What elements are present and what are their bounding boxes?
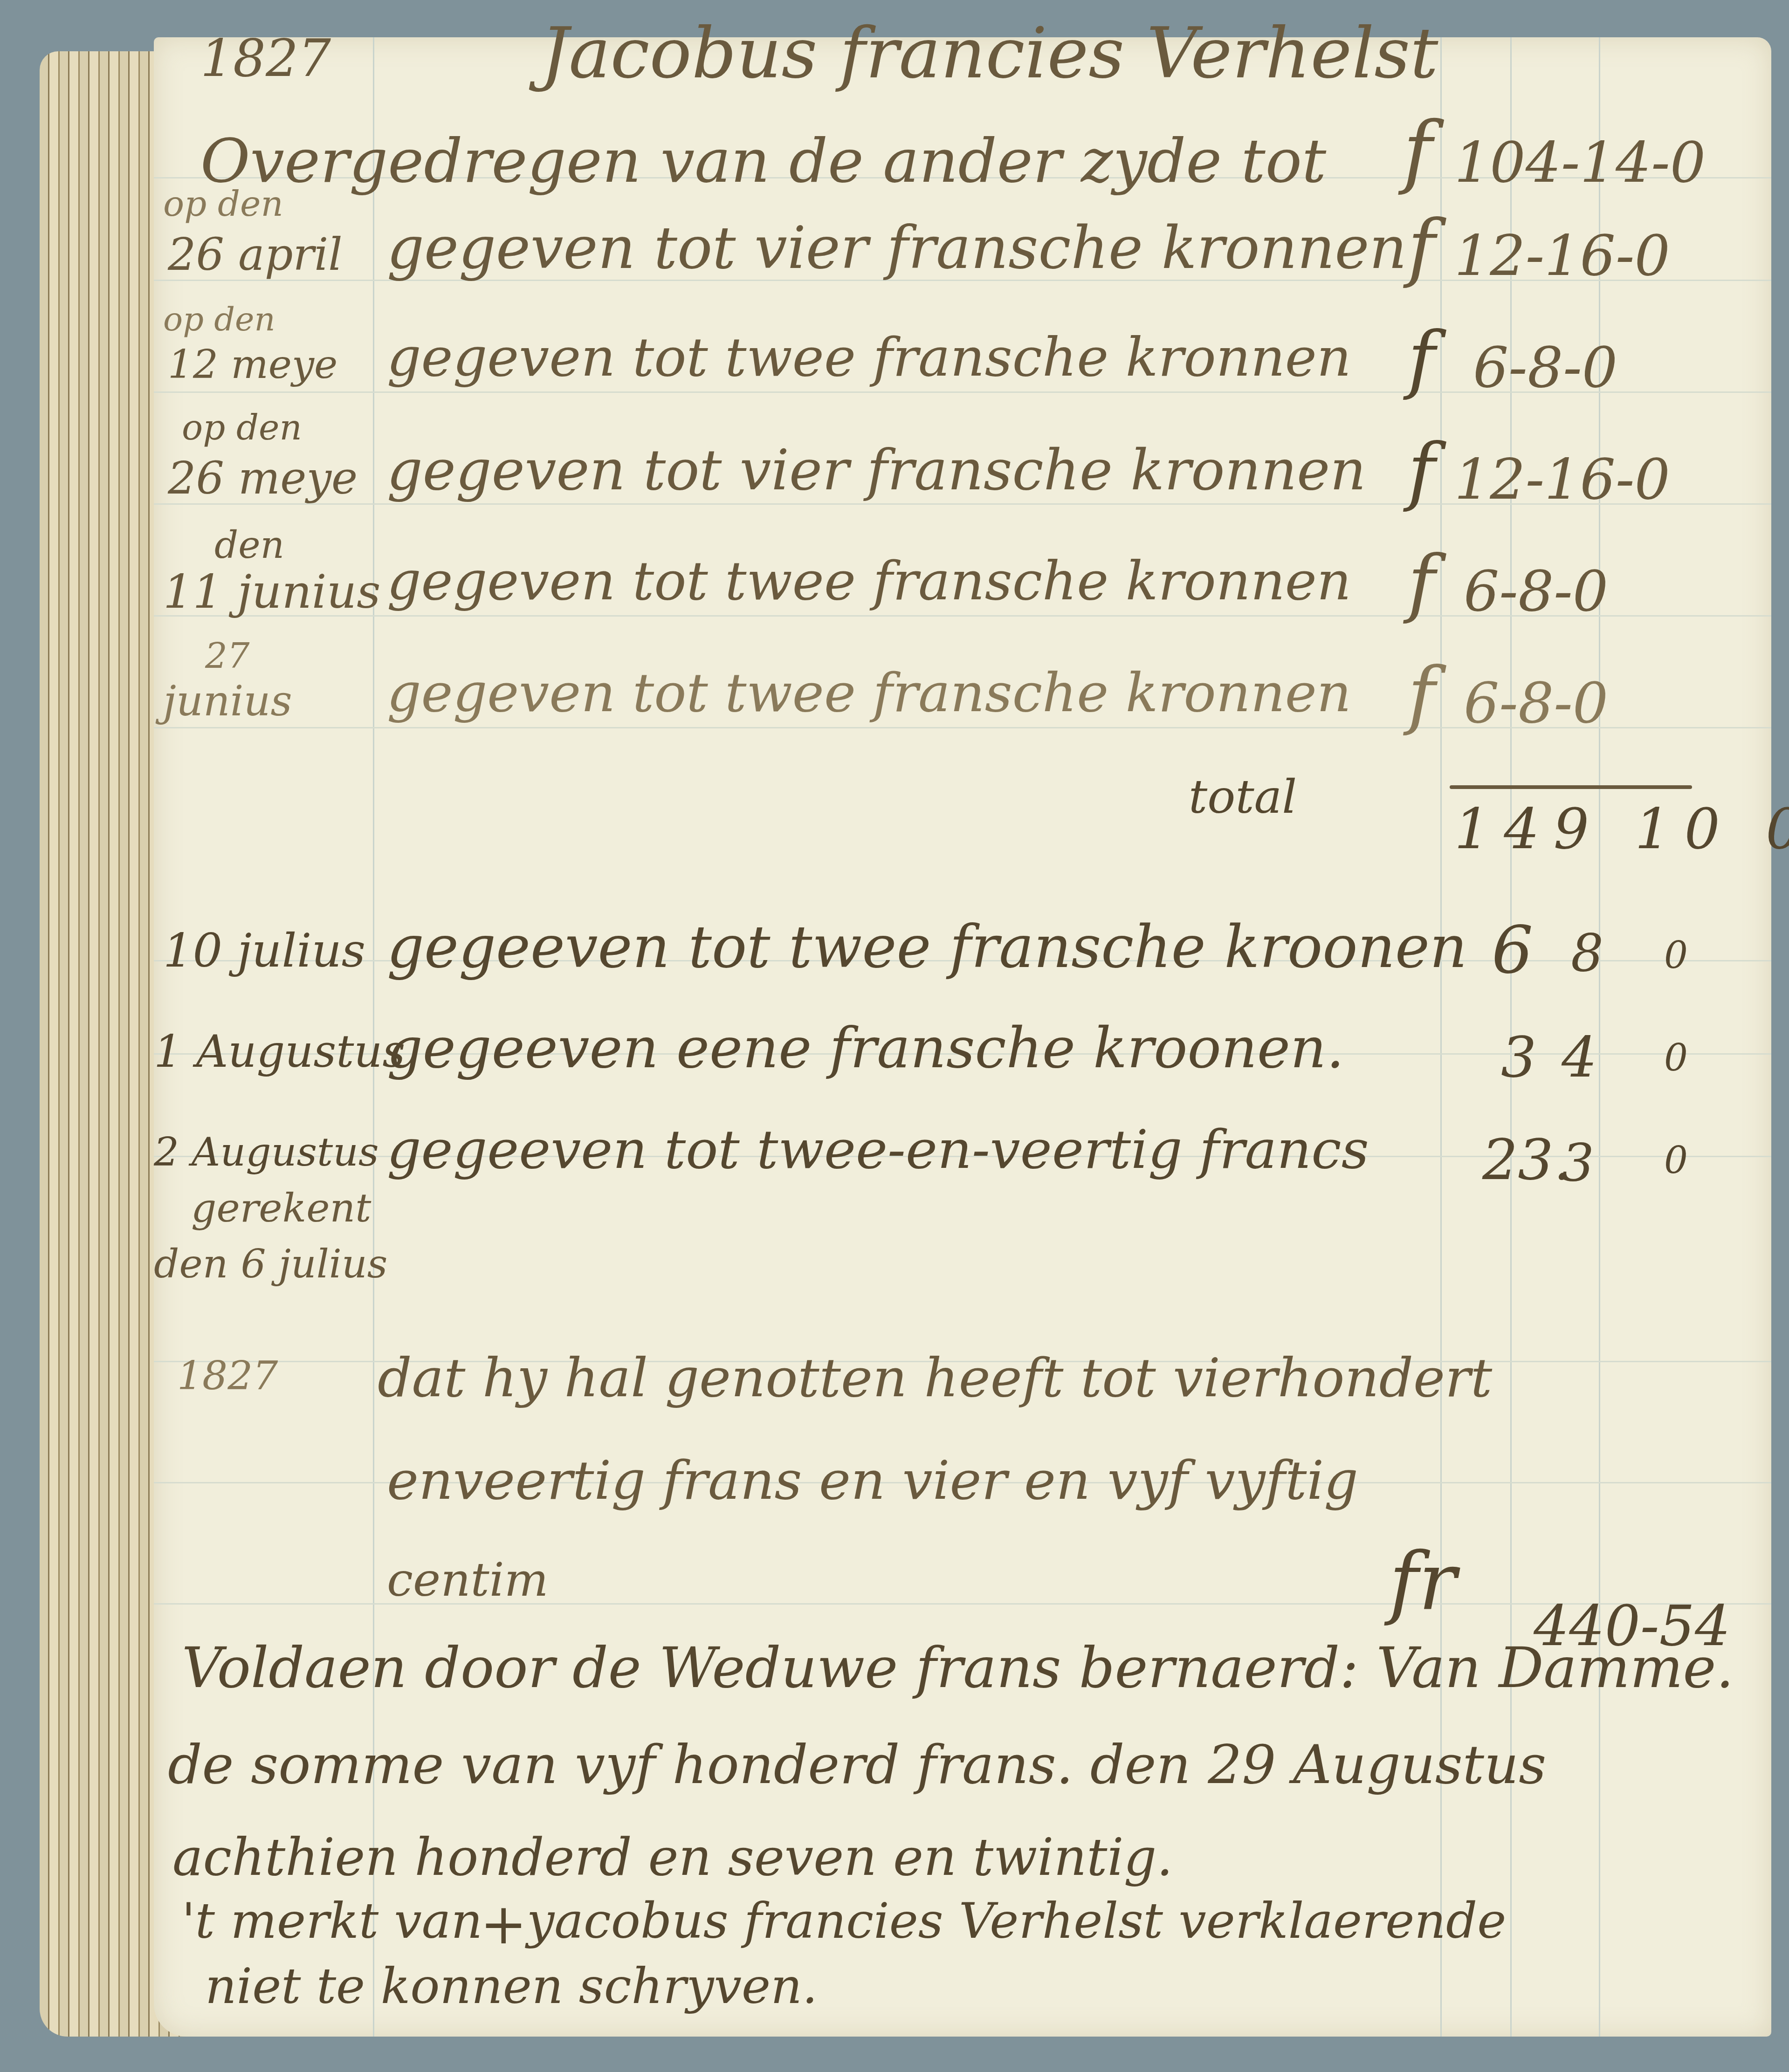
entry-amount: 6-8-0 [1473, 340, 1617, 396]
currency-florin-icon: f [1408, 657, 1435, 732]
date-prefix: op den [163, 186, 283, 221]
settlement-line-3: achthien honderd en seven en twintig. [172, 1832, 1173, 1883]
entry-penningen: 0 [1664, 1039, 1688, 1077]
ledger-page: 1827 Jacobus francies Verhelst Overgedre… [154, 37, 1771, 2037]
entry-date: 10 julius [163, 927, 365, 974]
subtotal-label: total [1189, 774, 1297, 820]
entry-date: 11 junius [163, 569, 381, 615]
entry-description: gegeeven eene fransche kroonen. [387, 1021, 1344, 1077]
entry-date: 2 Augustus [154, 1132, 379, 1172]
settlement-line-2: de somme van vyf honderd frans. den 29 A… [168, 1738, 1546, 1792]
entry-stuivers: 3 [1562, 1137, 1594, 1188]
subtotal-amount: 149 10 0 [1454, 802, 1789, 858]
entry-penningen: 0 [1664, 937, 1688, 974]
date-prefix: den [214, 527, 284, 564]
entry-amount: 12-16-0 [1454, 452, 1670, 508]
mark-prefix: 't merkt van [182, 1897, 482, 1946]
settlement-line-1: Voldaen door de Weduwe frans bernaerd: V… [182, 1640, 1734, 1696]
entry-stuivers: 8 [1571, 927, 1603, 979]
statement-line-3: centim [387, 1557, 549, 1603]
entry-description: gegeven tot vier fransche kronnen [387, 443, 1366, 499]
reckoned-year: 1827 [177, 1356, 278, 1396]
entry-date: 26 april [168, 233, 343, 277]
entry-description: gegeeven tot twee-en-veertig francs [387, 1123, 1369, 1177]
currency-florin-icon: f [1408, 322, 1435, 396]
entry-date: 26 meye [168, 457, 358, 501]
carried-over-label: Overgedregen van de ander zyde tot [200, 130, 1326, 191]
entry-date: 1 Augustus [154, 1030, 405, 1074]
entry-date: junius [163, 680, 292, 722]
currency-franc-icon: fr [1389, 1543, 1456, 1622]
entry-stuivers: 4 [1562, 1030, 1597, 1086]
header-year: 1827 [200, 33, 331, 84]
mark-line-2: niet te konnen schryven. [205, 1962, 818, 2011]
entry-penningen: 0 [1664, 1142, 1688, 1179]
entry-description: gegeeven tot twee fransche kroonen [387, 918, 1467, 976]
entry-description: gegeven tot vier fransche kronnen [387, 219, 1407, 277]
entry-date: 12 meye [168, 345, 337, 384]
carried-over-amount: 104-14-0 [1454, 135, 1706, 191]
mark-name: yacobus francies Verhelst verklaerende [527, 1897, 1506, 1946]
date-prefix: op den [182, 410, 302, 445]
reckoned-date: den 6 julius [154, 1244, 387, 1284]
statement-line-1: dat hy hal genotten heeft tot vierhonder… [378, 1352, 1492, 1405]
currency-florin-icon: f [1408, 210, 1435, 284]
currency-florin-icon: f [1403, 112, 1432, 191]
currency-florin-icon: f [1408, 545, 1435, 620]
entry-description: gegeven tot twee fransche kronnen [387, 331, 1351, 384]
currency-florin-icon: f [1408, 433, 1435, 508]
sum-line [1450, 785, 1692, 789]
entry-description: gegeven tot twee fransche kronnen [387, 555, 1351, 608]
header-account-name: Jacobus francies Verhelst [541, 19, 1438, 89]
date-prefix: op den [163, 303, 275, 336]
entry-guilders: 6 [1492, 918, 1533, 983]
entry-guilders: 3 [1501, 1030, 1536, 1086]
cross-mark-icon: + [480, 1897, 527, 1953]
entry-description: gegeven tot twee fransche kronnen [387, 666, 1351, 720]
entry-amount: 6-8-0 [1464, 676, 1608, 732]
entry-amount: 12-16-0 [1454, 228, 1670, 284]
entry-guilders: 23. [1482, 1132, 1571, 1188]
entry-amount: 6-8-0 [1464, 564, 1608, 620]
reckoned-note: gerekent [191, 1188, 371, 1228]
statement-line-2: enveertig frans en vier en vyf vyftig [387, 1454, 1358, 1508]
date-prefix: 27 [205, 638, 249, 673]
